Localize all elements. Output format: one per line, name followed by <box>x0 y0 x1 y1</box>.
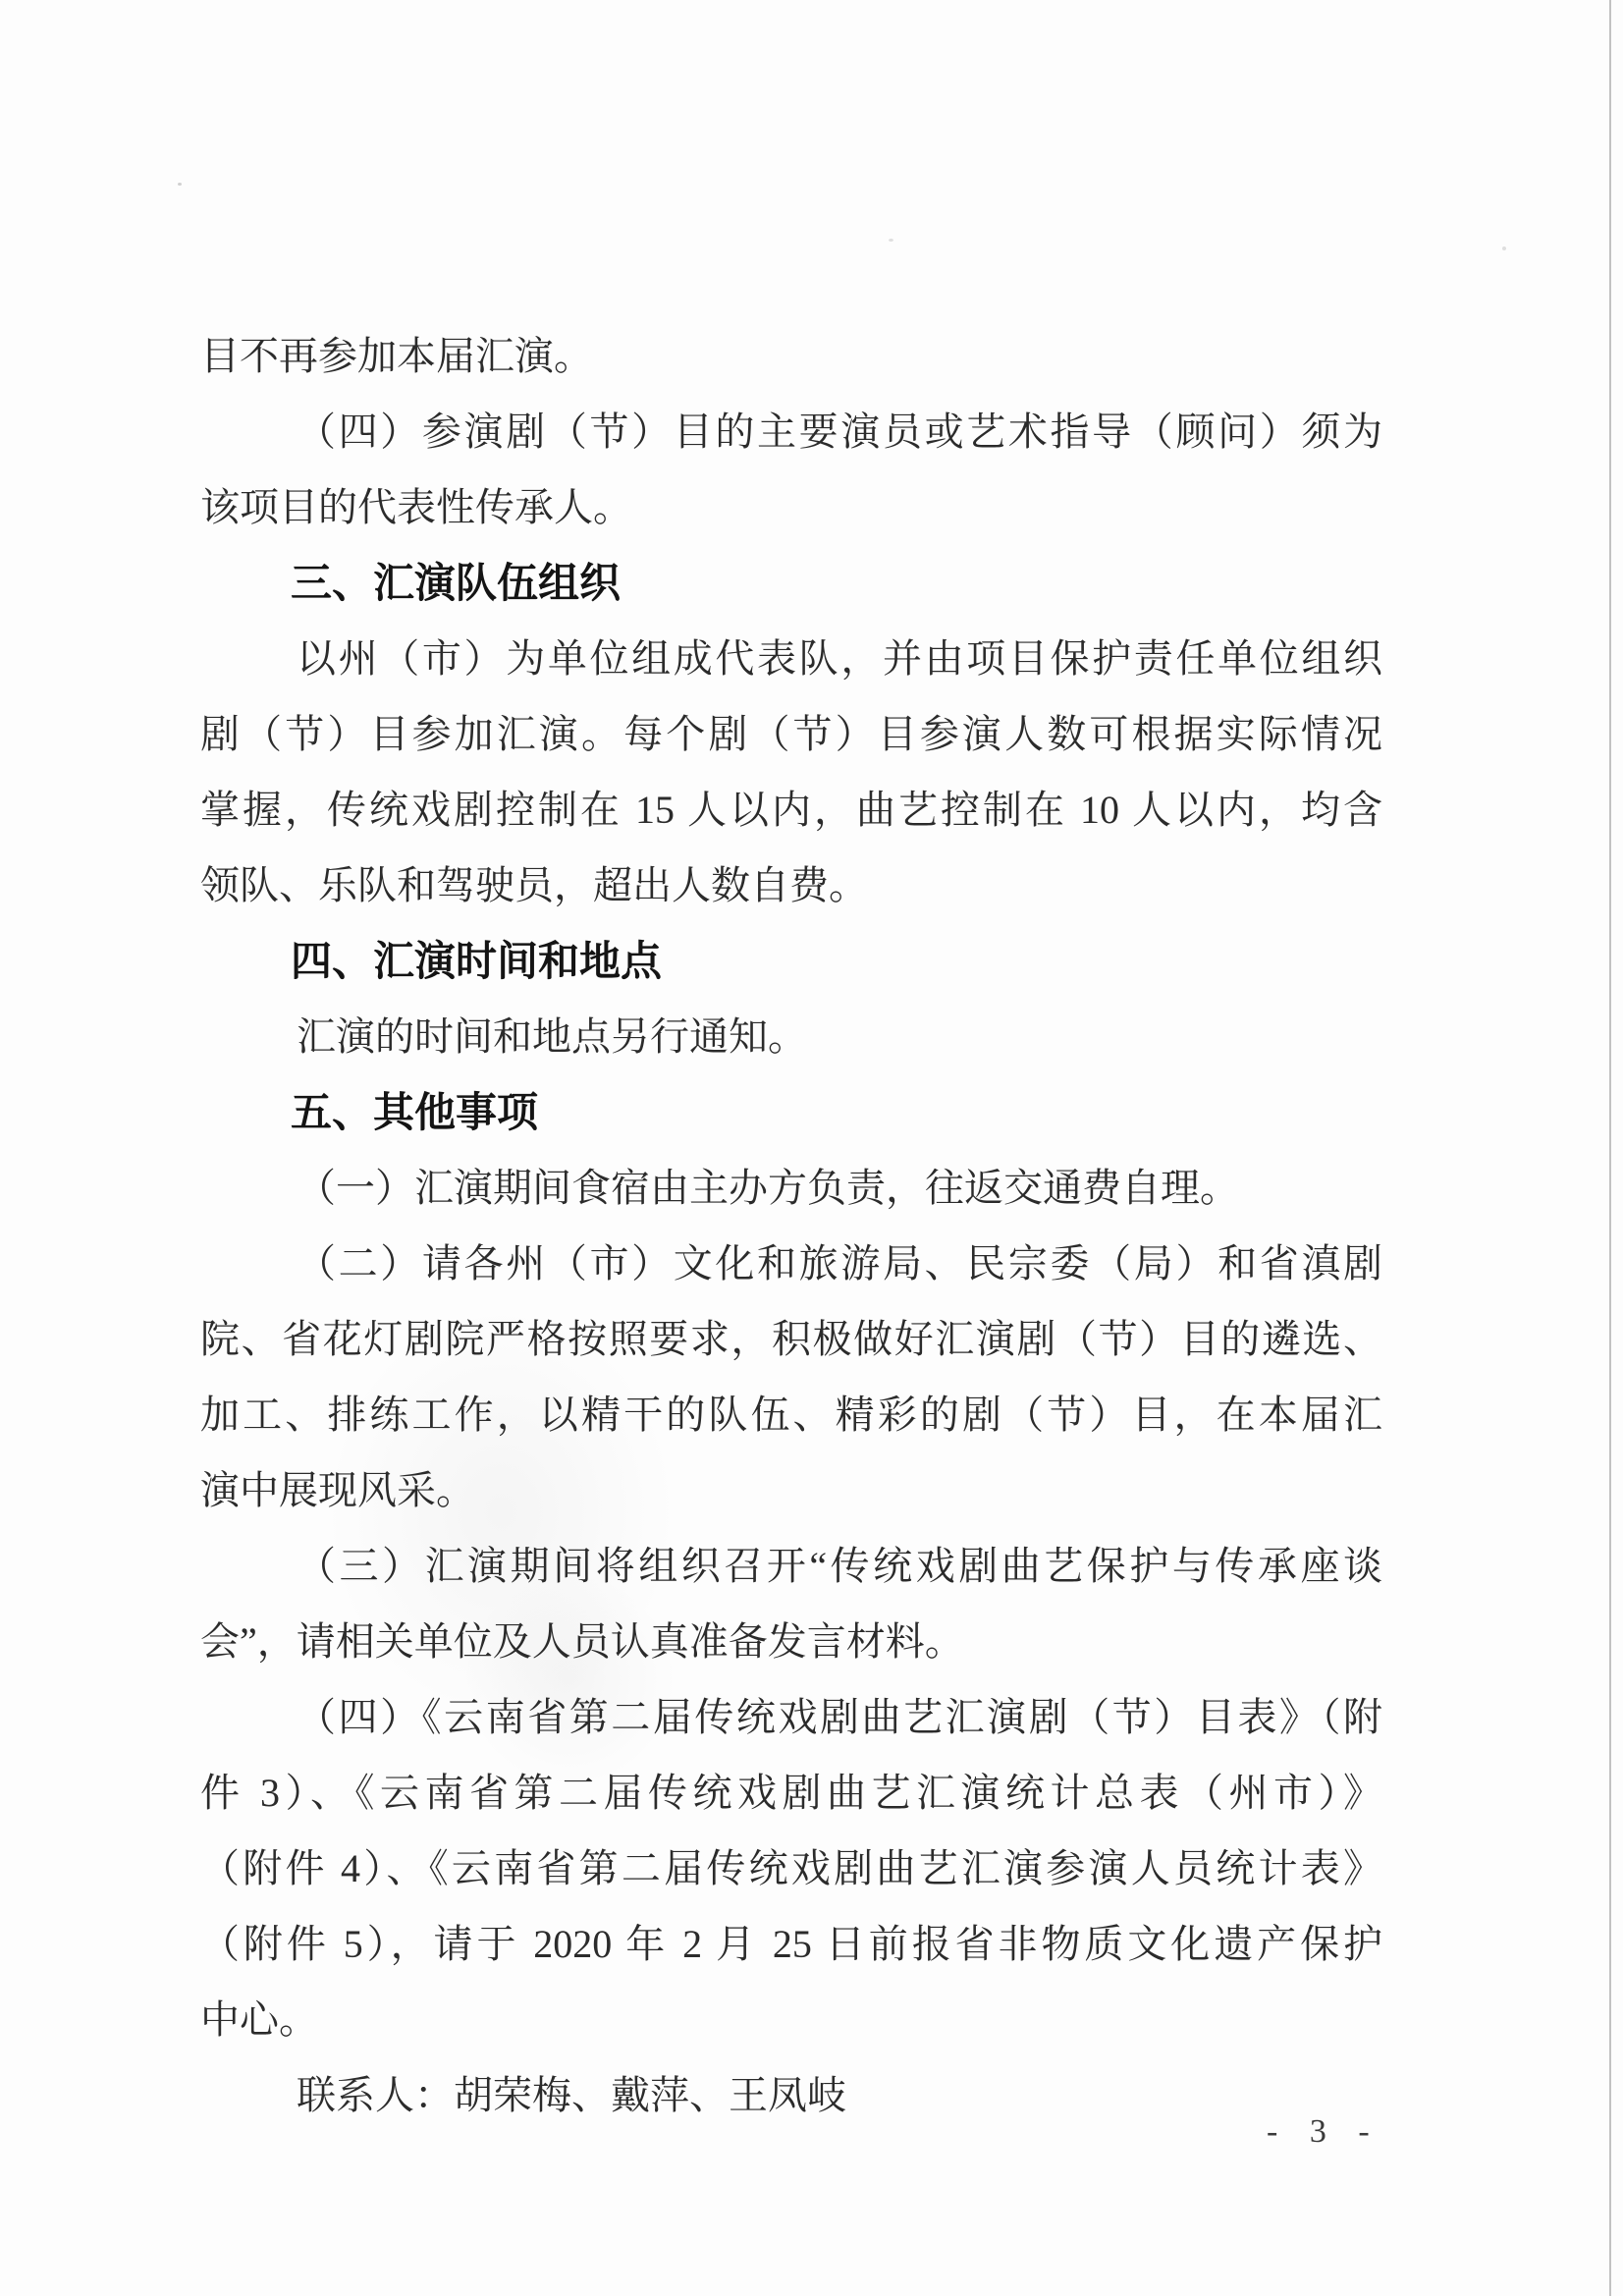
scan-speck <box>178 183 182 186</box>
scanned-document-page: 目不再参加本届汇演。（四）参演剧（节）目的主要演员或艺术指导（顾问）须为该项目的… <box>0 0 1623 2296</box>
document-line: 演中展现风采。 <box>200 1452 1382 1528</box>
document-line: 中心。 <box>200 1982 1382 2057</box>
document-line: （三）汇演期间将组织召开“传统戏剧曲艺保护与传承座谈 <box>200 1528 1382 1604</box>
document-line: 汇演的时间和地点另行通知。 <box>200 999 1382 1074</box>
document-line: （附件 5），请于 2020 年 2 月 25 日前报省非物质文化遗产保护 <box>200 1906 1382 1982</box>
scan-speck <box>1502 246 1506 250</box>
document-line: 以州（市）为单位组成代表队，并由项目保护责任单位组织 <box>200 621 1382 696</box>
document-line: 领队、乐队和驾驶员，超出人数自费。 <box>200 847 1382 923</box>
document-line: （附件 4）、《云南省第二届传统戏剧曲艺汇演参演人员统计表》 <box>200 1831 1382 1906</box>
document-line: 加工、排练工作，以精干的队伍、精彩的剧（节）目，在本届汇 <box>200 1377 1382 1452</box>
document-line: 院、省花灯剧院严格按照要求，积极做好汇演剧（节）目的遴选、 <box>200 1301 1382 1377</box>
document-line: 联系人：胡荣梅、戴萍、王凤岐 <box>200 2057 1382 2133</box>
scan-edge-line <box>1609 0 1611 2296</box>
document-line: 目不再参加本届汇演。 <box>200 318 1382 394</box>
document-line: （一）汇演期间食宿由主办方负责，往返交通费自理。 <box>200 1150 1382 1226</box>
scan-speck <box>889 239 893 242</box>
section-heading: 五、其他事项 <box>200 1074 1382 1150</box>
document-line: 剧（节）目参加汇演。每个剧（节）目参演人数可根据实际情况 <box>200 696 1382 772</box>
document-line: （四）《云南省第二届传统戏剧曲艺汇演剧（节）目表》（附 <box>200 1679 1382 1755</box>
document-line: 该项目的代表性传承人。 <box>200 469 1382 545</box>
page-number: - 3 - <box>1267 2113 1381 2151</box>
document-line: 掌握，传统戏剧控制在 15 人以内，曲艺控制在 10 人以内，均含 <box>200 772 1382 847</box>
document-line: 会”，请相关单位及人员认真准备发言材料。 <box>200 1604 1382 1679</box>
document-text-column: 目不再参加本届汇演。（四）参演剧（节）目的主要演员或艺术指导（顾问）须为该项目的… <box>200 318 1382 2133</box>
document-line: （二）请各州（市）文化和旅游局、民宗委（局）和省滇剧 <box>200 1226 1382 1301</box>
document-line: （四）参演剧（节）目的主要演员或艺术指导（顾问）须为 <box>200 394 1382 469</box>
document-line: 件 3）、《云南省第二届传统戏剧曲艺汇演统计总表（州市）》 <box>200 1755 1382 1831</box>
section-heading: 三、汇演队伍组织 <box>200 545 1382 621</box>
section-heading: 四、汇演时间和地点 <box>200 923 1382 999</box>
